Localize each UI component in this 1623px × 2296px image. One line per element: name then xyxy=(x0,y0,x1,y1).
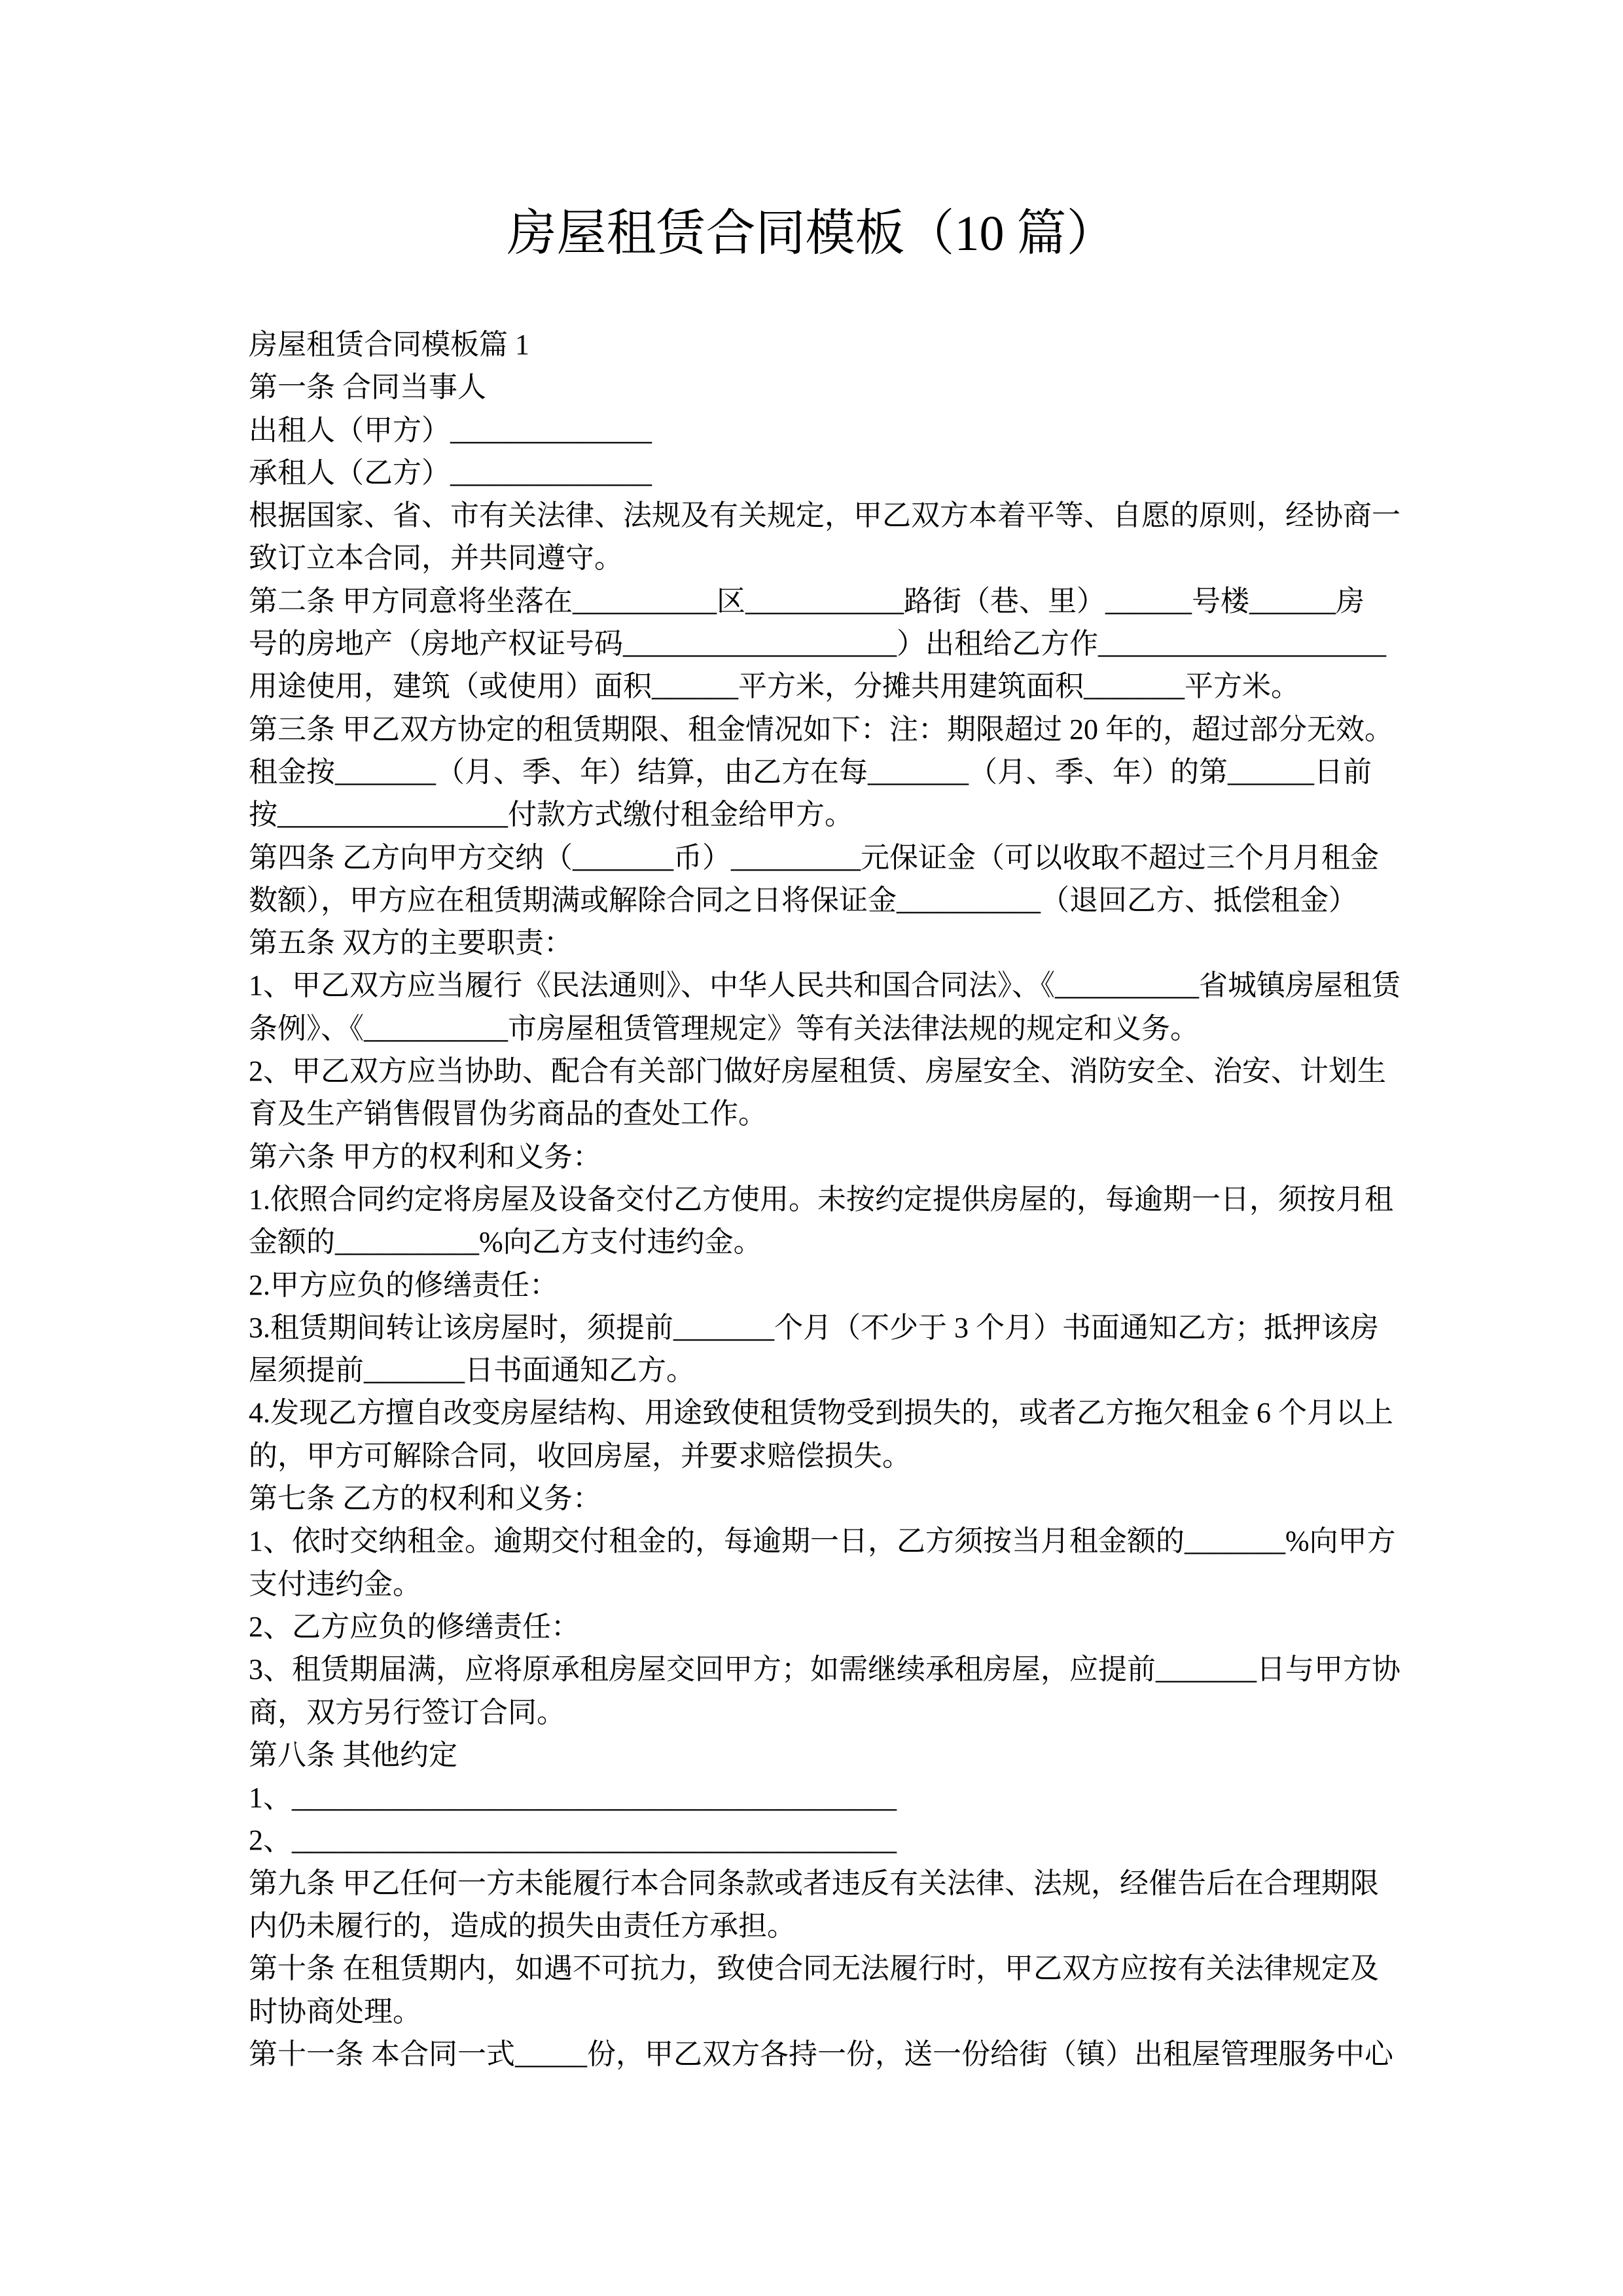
contract-line: 内仍未履行的，造成的损失由责任方承担。 xyxy=(249,1905,1387,1947)
contract-line: 1、______________________________________… xyxy=(249,1776,1387,1819)
contract-line: 号的房地产（房地产权证号码___________________）出租给乙方作_… xyxy=(249,622,1387,665)
document-body: 房屋租赁合同模板篇 1 第一条 合同当事人 出租人（甲方）___________… xyxy=(249,323,1387,2075)
contract-line: 按________________付款方式缴付租金给甲方。 xyxy=(249,793,1387,836)
contract-line: 第三条 甲乙双方协定的租赁期限、租金情况如下：注：期限超过 20 年的，超过部分… xyxy=(249,708,1387,751)
contract-line: 第六条 甲方的权利和义务： xyxy=(249,1136,1387,1178)
contract-line: 1、甲乙双方应当履行《民法通则》、中华人民共和国合同法》、《__________… xyxy=(249,964,1387,1007)
contract-line: 4.发现乙方擅自改变房屋结构、用途致使租赁物受到损失的，或者乙方拖欠租金 6 个… xyxy=(249,1391,1387,1434)
contract-line: 致订立本合同，并共同遵守。 xyxy=(249,537,1387,579)
contract-line: 时协商处理。 xyxy=(249,1990,1387,2033)
contract-line: 第七条 乙方的权利和义务： xyxy=(249,1477,1387,1520)
contract-line: 第九条 甲乙任何一方未能履行本合同条款或者违反有关法律、法规，经催告后在合理期限 xyxy=(249,1862,1387,1905)
contract-line: 承租人（乙方）______________ xyxy=(249,452,1387,494)
contract-line: 出租人（甲方）______________ xyxy=(249,409,1387,452)
contract-line: 数额），甲方应在租赁期满或解除合同之日将保证金__________（退回乙方、抵… xyxy=(249,879,1387,922)
contract-line: 租金按_______（月、季、年）结算，由乙方在每_______（月、季、年）的… xyxy=(249,751,1387,793)
contract-line: 1.依照合同约定将房屋及设备交付乙方使用。未按约定提供房屋的，每逾期一日，须按月… xyxy=(249,1178,1387,1221)
contract-line: 商，双方另行签订合同。 xyxy=(249,1691,1387,1734)
contract-line: 3、租赁期届满，应将原承租房屋交回甲方；如需继续承租房屋，应提前_______日… xyxy=(249,1648,1387,1691)
contract-line: 房屋租赁合同模板篇 1 xyxy=(249,323,1387,366)
contract-line: 根据国家、省、市有关法律、法规及有关规定，甲乙双方本着平等、自愿的原则，经协商一 xyxy=(249,494,1387,537)
contract-line: 2、甲乙双方应当协助、配合有关部门做好房屋租赁、房屋安全、消防安全、治安、计划生 xyxy=(249,1050,1387,1092)
contract-line: 第二条 甲方同意将坐落在__________区___________路街（巷、里… xyxy=(249,580,1387,622)
contract-line: 育及生产销售假冒伪劣商品的查处工作。 xyxy=(249,1092,1387,1135)
contract-line: 第五条 双方的主要职责： xyxy=(249,922,1387,964)
contract-line: 2、乙方应负的修缮责任： xyxy=(249,1605,1387,1648)
contract-line: 2.甲方应负的修缮责任： xyxy=(249,1264,1387,1306)
document-title: 房屋租赁合同模板（10 篇） xyxy=(0,206,1623,262)
contract-line: 的，甲方可解除合同，收回房屋，并要求赔偿损失。 xyxy=(249,1435,1387,1477)
contract-line: 用途使用，建筑（或使用）面积______平方米，分摊共用建筑面积_______平… xyxy=(249,665,1387,708)
contract-line: 第八条 其他约定 xyxy=(249,1734,1387,1776)
contract-line: 第四条 乙方向甲方交纳（_______币）_________元保证金（可以收取不… xyxy=(249,836,1387,879)
contract-document-page: 房屋租赁合同模板（10 篇） 房屋租赁合同模板篇 1 第一条 合同当事人 出租人… xyxy=(0,0,1623,2296)
contract-line: 金额的__________%向乙方支付违约金。 xyxy=(249,1221,1387,1263)
contract-line: 2、______________________________________… xyxy=(249,1819,1387,1861)
contract-line: 1、依时交纳租金。逾期交付租金的，每逾期一日，乙方须按当月租金额的_______… xyxy=(249,1520,1387,1562)
contract-line: 屋须提前_______日书面通知乙方。 xyxy=(249,1349,1387,1391)
contract-line: 第一条 合同当事人 xyxy=(249,366,1387,408)
contract-line: 第十条 在租赁期内，如遇不可抗力，致使合同无法履行时，甲乙双方应按有关法律规定及 xyxy=(249,1947,1387,1990)
contract-line: 第十一条 本合同一式_____份，甲乙双方各持一份，送一份给街（镇）出租屋管理服… xyxy=(249,2033,1387,2075)
contract-line: 条例》、《__________市房屋租赁管理规定》等有关法律法规的规定和义务。 xyxy=(249,1007,1387,1050)
contract-line: 支付违约金。 xyxy=(249,1563,1387,1605)
contract-line: 3.租赁期间转让该房屋时，须提前_______个月（不少于 3 个月）书面通知乙… xyxy=(249,1306,1387,1349)
